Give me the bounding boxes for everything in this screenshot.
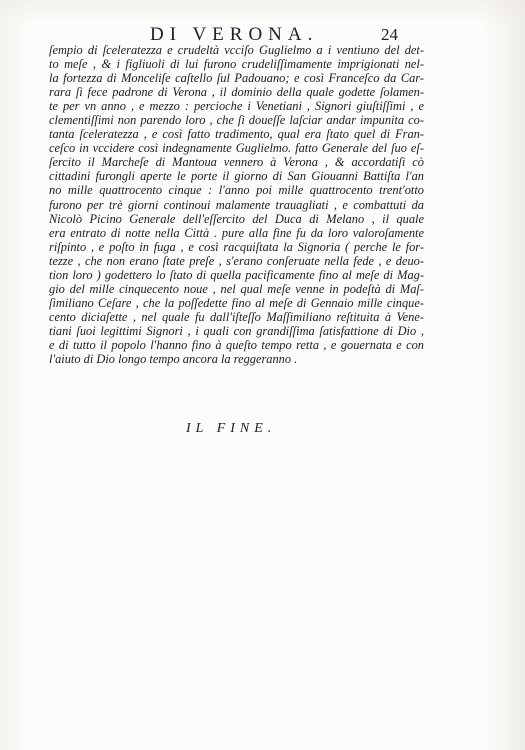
text-line: e di tutto il popolo l'hanno fino à queſ…	[49, 338, 424, 352]
text-line: riſpinto , e poſto in fuga , e così racq…	[49, 240, 424, 254]
colophon-il-fine: IL FINE.	[186, 421, 276, 437]
text-line: era entrato di notte nella Città . pure …	[49, 226, 424, 240]
text-line: to meſe , & i figliuoli di lui furono cr…	[49, 57, 424, 71]
text-line: te per vn anno , e mezzo : percioche i V…	[49, 99, 424, 113]
text-line: tezze , che non erano ſtate preſe , s'er…	[49, 254, 424, 268]
body-text: ſempio di ſceleratezza e crudeltà vcciſo…	[49, 43, 424, 366]
text-line: la fortezza di Monceliſe caſtello ſul Pa…	[49, 71, 424, 85]
text-line: ſercito il Marcheſe di Mantoua vennero à…	[49, 155, 424, 169]
book-page: DI VERONA. 24 ſempio di ſceleratezza e c…	[0, 0, 525, 750]
text-line: cittadini furongli aperte le porte il gi…	[49, 169, 424, 183]
text-line: clementiſſimi non parendo loro , che ſi …	[49, 113, 424, 127]
text-line: furono per trè giorni continoui malament…	[49, 198, 424, 212]
text-line: ceſco in vccidere così indegnamente Gugl…	[49, 141, 424, 155]
page-number: 24	[381, 25, 398, 45]
text-line: gio del mille cinquecento noue , nel qua…	[49, 282, 424, 296]
text-line: tanta ſceleratezza , e così fatto tradim…	[49, 127, 424, 141]
text-line: cento diciaſette , nel quale fu dall'iſt…	[49, 310, 424, 324]
text-line: no mille quattrocento cinque : l'anno po…	[49, 183, 424, 197]
text-line: tion loro ) godettero lo ſtato di quella…	[49, 268, 424, 282]
text-line: Nicolò Picino Generale dell'eſſercito de…	[49, 212, 424, 226]
text-line: tiani ſuoi legittimi Signori , i quali c…	[49, 324, 424, 338]
text-line: ſimiliano Ceſare , che la poſſedette fin…	[49, 296, 424, 310]
text-line: ſempio di ſceleratezza e crudeltà vcciſo…	[49, 43, 424, 57]
text-line: rara ſi fece padrone di Verona , il domi…	[49, 85, 424, 99]
text-line-last: l'aiuto di Dio longo tempo ancora la reg…	[49, 352, 424, 366]
